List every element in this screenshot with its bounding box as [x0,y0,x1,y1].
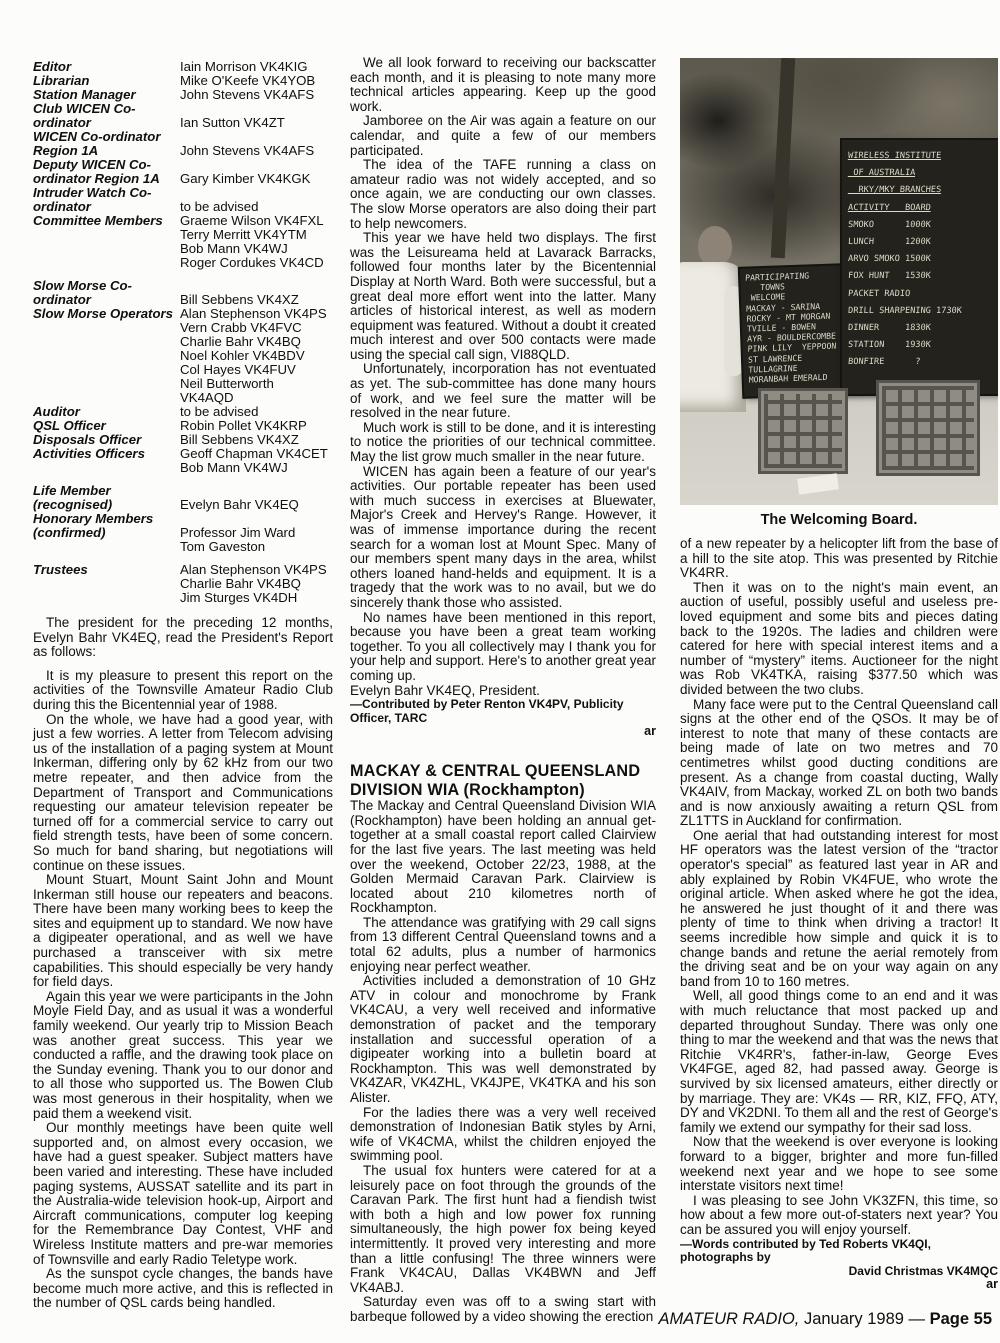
roster-role: Club WICEN Co- [33,102,180,116]
paragraph: The idea of the TAFE running a class on … [350,158,656,231]
roster-line: TrusteesAlan Stephenson VK4PS [33,563,333,577]
chalk-text: BONFIRE ? [847,354,998,371]
roster-line: Slow Morse Co- [33,279,333,293]
paragraph: No names have been mentioned in this rep… [350,611,656,684]
paragraph: WICEN has again been a feature of our ye… [350,465,656,611]
roster-value: Robin Pollet VK4KRP [180,419,333,433]
roster-role [33,256,180,270]
photo-person [680,226,746,505]
roster-value: Graeme Wilson VK4FXL [180,214,333,228]
roster-line: WICEN Co-ordinator [33,130,333,144]
roster-role: ordinator [33,116,180,130]
roster-line: Slow Morse OperatorsAlan Stephenson VK4P… [33,307,333,321]
paragraph: I was pleasing to see John VK3ZFN, this … [680,1194,998,1238]
roster-line: Committee MembersGraeme Wilson VK4FXL [33,214,333,228]
chalk-text: ACTIVITY BOARD [847,200,998,217]
roster-value: Evelyn Bahr VK4EQ [180,498,333,512]
roster-value: Iain Morrison VK4KIG [180,60,333,74]
photo-paper-scrap [797,473,839,494]
roster-role: Slow Morse Co- [33,279,180,293]
roster-role: Committee Members [33,214,180,228]
mackay-article-continued: of a new repeater by a helicopter lift f… [680,537,998,1238]
roster-line: ordinatorto be advised [33,200,333,214]
paragraph: Well, all good things come to an end and… [680,989,998,1135]
roster-line: Intruder Watch Co- [33,186,333,200]
roster-role: Trustees [33,563,180,577]
roster-line: Honorary Members [33,512,333,526]
roster-role [33,377,180,391]
roster-line: Bob Mann VK4WJ [33,461,333,475]
paragraph: Our monthly meetings have been quite wel… [33,1121,333,1267]
roster-line: Roger Cordukes VK4CD [33,256,333,270]
roster-role: Region 1A [33,144,180,158]
roster-line: Vern Crabb VK4FVC [33,321,333,335]
roster-line: VK4AQD [33,391,333,405]
roster-role: Auditor [33,405,180,419]
paragraph: Activities included a demonstration of 1… [350,974,656,1105]
roster-value [180,279,333,293]
paragraph: One aerial that had outstanding interest… [680,829,998,990]
roster-line: (recognised)Evelyn Bahr VK4EQ [33,498,333,512]
roster-role: QSL Officer [33,419,180,433]
roster-line: Life Member [33,484,333,498]
roster-line: ordinatorBill Sebbens VK4XZ [33,293,333,307]
roster-role: ordinator Region 1A [33,172,180,186]
roster-role [33,335,180,349]
roster-value: Professor Jim Ward [180,526,333,540]
chalk-text: OF AUSTRALIA [847,165,998,182]
roster-role [33,321,180,335]
photo-person-head [698,226,732,266]
paragraph: Saturday even was off to a swing start w… [350,1295,656,1324]
roster-line: LibrarianMike O'Keefe VK4YOB [33,74,333,88]
paragraph: of a new repeater by a helicopter lift f… [680,537,998,581]
middle-column: We all look forward to receiving our bac… [350,56,656,1325]
roster-line: ordinator Region 1AGary Kimber VK4KGK [33,172,333,186]
roster-value: to be advised [180,405,333,419]
paragraph: We all look forward to receiving our bac… [350,56,656,114]
roster-role: Honorary Members [33,512,180,526]
roster-value: Gary Kimber VK4KGK [180,172,333,186]
paragraph: On the whole, we have had a good year, w… [33,713,333,874]
report-continued: We all look forward to receiving our bac… [350,56,656,684]
roster-role [33,349,180,363]
roster-role [33,391,180,405]
roster-line: QSL OfficerRobin Pollet VK4KRP [33,419,333,433]
page-footer: AMATEUR RADIO, January 1989 — Page 55 [659,1310,993,1329]
roster-value: Alan Stephenson VK4PS [180,563,333,577]
chalk-text: LUNCH 1200K [847,234,998,251]
roster-value [180,130,333,144]
article-heading: MACKAY & CENTRAL QUEENSLAND DIVISION WIA… [350,762,656,799]
paragraph: This year we have held two displays. The… [350,231,656,362]
roster-value [180,158,333,172]
page-number: Page 55 [930,1310,992,1328]
paragraph: Many face were put to the Central Queens… [680,698,998,829]
roster-value [180,512,333,526]
milk-crate [876,380,980,476]
chalk-text: PACKET RADIO [847,286,998,303]
roster-role: Station Manager [33,88,180,102]
chalk-text: SMOKO 1000K [847,217,998,234]
roster-value: Ian Sutton VK4ZT [180,116,333,130]
right-column: PARTICIPATING TOWNS WELCOMEMACKAY - SARI… [680,58,998,1291]
roster-value: Charlie Bahr VK4BQ [180,335,333,349]
roster-role: Librarian [33,74,180,88]
roster-value: Roger Cordukes VK4CD [180,256,333,270]
roster-value: Bob Mann VK4WJ [180,461,333,475]
article-heading-line1: MACKAY & CENTRAL QUEENSLAND [350,762,640,780]
roster-line: ordinatorIan Sutton VK4ZT [33,116,333,130]
contributor-credit: —Contributed by Peter Renton VK4PV, Publ… [350,698,656,725]
paragraph: For the ladies there was a very well rec… [350,1106,656,1164]
roster-line: EditorIain Morrison VK4KIG [33,60,333,74]
paragraph: Then it was on to the night's main event… [680,581,998,698]
chalk-text: WIRELESS INSTITUTE [847,148,998,165]
roster-line: Charlie Bahr VK4BQ [33,577,333,591]
roster-line: Auditorto be advised [33,405,333,419]
roster-value: Neil Butterworth [180,377,333,391]
words-credit-line2: David Christmas VK4MQC [680,1265,998,1279]
left-column: EditorIain Morrison VK4KIGLibrarianMike … [33,60,333,1311]
roster-role: Slow Morse Operators [33,307,180,321]
roster-line: Neil Butterworth [33,377,333,391]
roster-value: Bob Mann VK4WJ [180,242,333,256]
presidents-report: The president for the preceding 12 month… [33,616,333,1311]
roster-line: Deputy WICEN Co- [33,158,333,172]
roster-role: ordinator [33,293,180,307]
roster-line: Region 1AJohn Stevens VK4AFS [33,144,333,158]
chalk-text: STATION 1930K [847,337,998,354]
chalkboard-activity: WIRELESS INSTITUTE OF AUSTRALIA RKY/MKY … [842,140,998,394]
paragraph: The president for the preceding 12 month… [33,616,333,660]
roster-role: ordinator [33,200,180,214]
chalk-text: ARVO SMOKO 1500K [847,251,998,268]
photo-welcoming-board: PARTICIPATING TOWNS WELCOMEMACKAY - SARI… [680,58,998,505]
roster-value: Bill Sebbens VK4XZ [180,433,333,447]
roster-value [180,484,333,498]
roster-value: John Stevens VK4AFS [180,144,333,158]
roster-role: Life Member [33,484,180,498]
roster-line: Club WICEN Co- [33,102,333,116]
roster-value: John Stevens VK4AFS [180,88,333,102]
roster-line: Activities OfficersGeoff Chapman VK4CET [33,447,333,461]
roster-role: (recognised) [33,498,180,512]
roster-line: Station ManagerJohn Stevens VK4AFS [33,88,333,102]
roster-value: Col Hayes VK4FUV [180,363,333,377]
roster-value: Jim Sturges VK4DH [180,591,333,605]
photo-caption: The Welcoming Board. [680,512,998,528]
paragraph: As the sunspot cycle changes, the bands … [33,1267,333,1311]
roster-line: Noel Kohler VK4BDV [33,349,333,363]
roster-role [33,363,180,377]
chalk-text: FOX HUNT 1530K [847,268,998,285]
paragraph: Now that the weekend is over everyone is… [680,1135,998,1193]
issue-date: January 1989 — [799,1310,929,1328]
roster-value: Vern Crabb VK4FVC [180,321,333,335]
roster-role [33,461,180,475]
end-mark: ar [350,725,656,738]
roster-role [33,577,180,591]
roster-line: Bob Mann VK4WJ [33,242,333,256]
chalk-text: DINNER 1830K [847,320,998,337]
milk-crate [758,388,848,474]
roster-line: Disposals OfficerBill Sebbens VK4XZ [33,433,333,447]
paragraph: Again this year we were participants in … [33,990,333,1121]
paragraph: The usual fox hunters were catered for a… [350,1164,656,1295]
mackay-article-body: The Mackay and Central Queensland Divisi… [350,799,656,1324]
roster-role: Editor [33,60,180,74]
roster-value: Bill Sebbens VK4XZ [180,293,333,307]
roster-line: Terry Merritt VK4YTM [33,228,333,242]
paragraph: Unfortunately, incorporation has not eve… [350,362,656,420]
report-signature: Evelyn Bahr VK4EQ, President. [350,684,656,699]
article-heading-line2: DIVISION WIA (Rockhampton) [350,781,585,799]
roster-role: Disposals Officer [33,433,180,447]
roster-role: Activities Officers [33,447,180,461]
roster-value [180,186,333,200]
roster-value: Mike O'Keefe VK4YOB [180,74,333,88]
roster-value: Noel Kohler VK4BDV [180,349,333,363]
end-mark: ar [680,1278,998,1291]
roster-value: VK4AQD [180,391,333,405]
roster-value: Alan Stephenson VK4PS [180,307,333,321]
roster-value: Terry Merritt VK4YTM [180,228,333,242]
paragraph: Much work is still to be done, and it is… [350,421,656,465]
roster-role [33,228,180,242]
roster-role: (confirmed) [33,526,180,540]
paragraph: The Mackay and Central Queensland Divisi… [350,799,656,916]
roster-value: Geoff Chapman VK4CET [180,447,333,461]
paragraph: Mount Stuart, Mount Saint John and Mount… [33,873,333,990]
roster-line: (confirmed)Professor Jim Ward [33,526,333,540]
roster-value: Charlie Bahr VK4BQ [180,577,333,591]
words-credit-line1: —Words contributed by Ted Roberts VK4QI,… [680,1238,998,1265]
paragraph: It is my pleasure to present this report… [33,669,333,713]
roster-role: Intruder Watch Co- [33,186,180,200]
roster-role [33,591,180,605]
roster-line: Charlie Bahr VK4BQ [33,335,333,349]
chalk-text: RKY/MKY BRANCHES [847,182,998,199]
roster-role: WICEN Co-ordinator [33,130,180,144]
roster-value: to be advised [180,200,333,214]
magazine-title: AMATEUR RADIO, [659,1310,800,1328]
roster-role: Deputy WICEN Co- [33,158,180,172]
magazine-page: EditorIain Morrison VK4KIGLibrarianMike … [0,0,1000,1343]
roster-line: Col Hayes VK4FUV [33,363,333,377]
masthead-roster: EditorIain Morrison VK4KIGLibrarianMike … [33,60,333,605]
roster-value: Tom Gaveston [180,540,333,554]
roster-role [33,242,180,256]
roster-line: Jim Sturges VK4DH [33,591,333,605]
roster-value [180,102,333,116]
paragraph: Jamboree on the Air was again a feature … [350,114,656,158]
chalk-text: DRILL SHARPENING 1730K [847,303,998,320]
roster-role [33,540,180,554]
roster-line: Tom Gaveston [33,540,333,554]
paragraph: The attendance was gratifying with 29 ca… [350,916,656,974]
